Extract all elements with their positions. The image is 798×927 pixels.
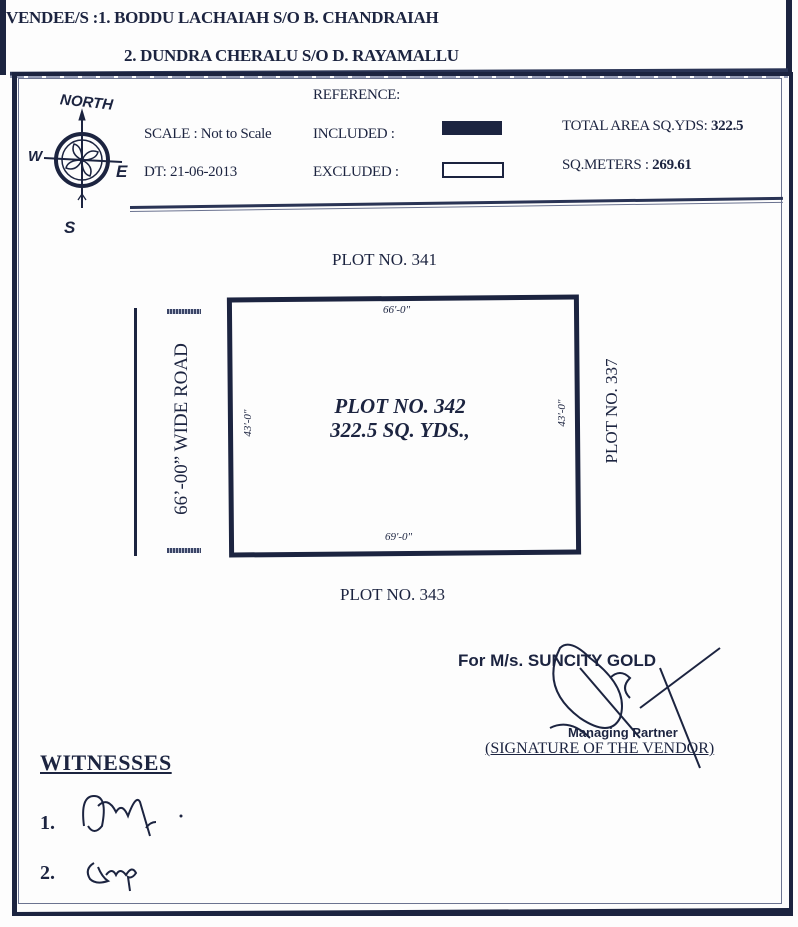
- dim-north: 66'-0": [383, 304, 410, 316]
- witness-2-signature: [82, 855, 152, 895]
- vendee-2: 2. DUNDRA CHERALU S/O D. RAYAMALLU: [124, 46, 459, 66]
- witness-1-signature: [76, 776, 186, 846]
- sq-meters-value: 269.61: [652, 157, 691, 173]
- witnesses-title: WITNESSES: [40, 750, 172, 776]
- included-label: INCLUDED :: [313, 126, 395, 143]
- excluded-swatch: [442, 162, 504, 178]
- excluded-label: EXCLUDED :: [313, 164, 399, 181]
- sq-meters-label: SQ.METERS :: [562, 157, 649, 173]
- compass-west-label: W: [28, 148, 42, 165]
- scale-label: SCALE : Not to Scale: [144, 126, 271, 143]
- plot-342-area: 322.5 SQ. YDS.,: [310, 418, 490, 442]
- plot-337-label: PLOT NO. 337: [602, 341, 622, 481]
- road-tick-bottom: [167, 548, 201, 553]
- total-area-value: 322.5: [711, 118, 743, 134]
- date-label: DT: 21-06-2013: [144, 164, 237, 181]
- vendee-label: VENDEE/S :: [6, 8, 98, 28]
- included-swatch: [442, 121, 502, 135]
- dim-south: 69'-0": [385, 531, 412, 543]
- plot-342-title: PLOT NO. 342: [310, 394, 490, 418]
- dim-east: 43'-0": [556, 393, 568, 433]
- compass-east-label: E: [116, 162, 127, 182]
- page-border-right: [786, 0, 792, 75]
- total-area-label: TOTAL AREA SQ.YDS:: [562, 118, 708, 134]
- sq-meters: SQ.METERS : 269.61: [562, 157, 692, 174]
- vendor-role: Managing Partner: [568, 725, 678, 740]
- total-area: TOTAL AREA SQ.YDS: 322.5: [562, 118, 743, 135]
- reference-label: REFERENCE:: [313, 87, 400, 104]
- compass-south-label: S: [64, 218, 75, 238]
- plot-341-label: PLOT NO. 341: [332, 250, 437, 270]
- dim-west: 43'-0": [242, 403, 254, 443]
- plot-343-label: PLOT NO. 343: [340, 585, 445, 605]
- witness-1-number: 1.: [40, 812, 55, 835]
- road-tick-top: [167, 309, 201, 314]
- witness-2-number: 2.: [40, 862, 55, 885]
- road-label: 66’-00” WIDE ROAD: [171, 319, 193, 539]
- vendee-1: 1. BODDU LACHAIAH S/O B. CHANDRAIAH: [98, 8, 438, 28]
- road-edge-line: [134, 308, 137, 556]
- vendor-signature-caption: (SIGNATURE OF THE VENDOR): [485, 740, 714, 758]
